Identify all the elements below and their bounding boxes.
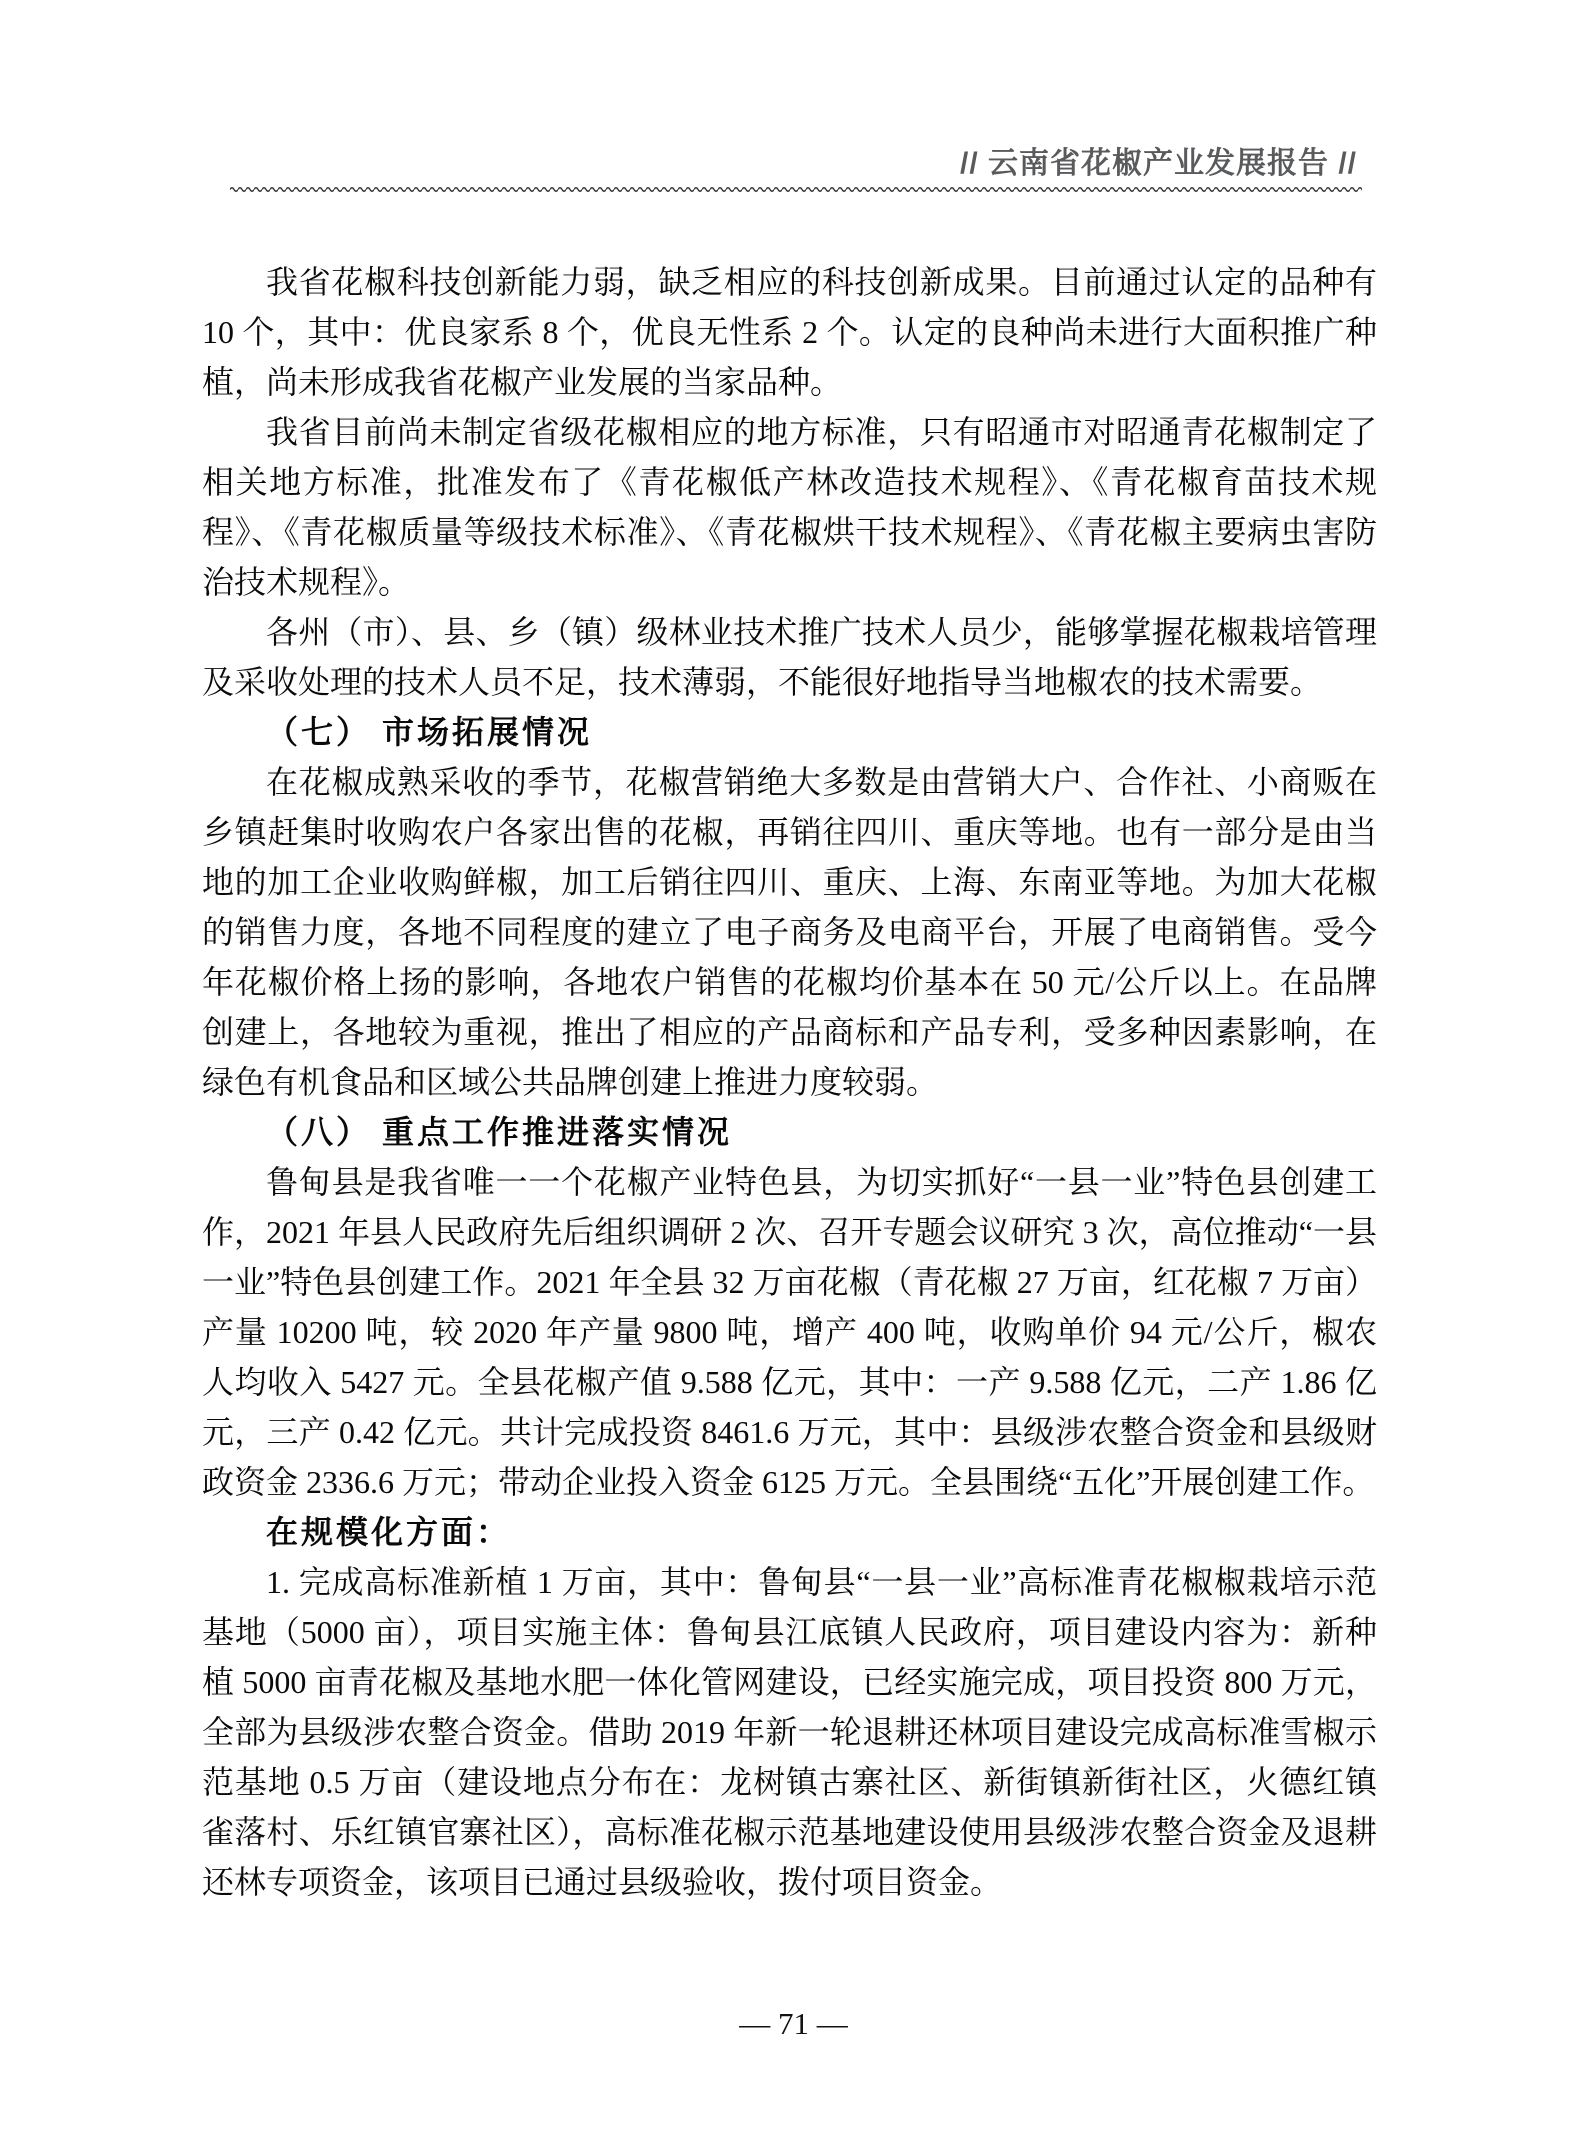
page-footer: — 71 — xyxy=(0,2006,1587,2042)
paragraph-science-innovation: 我省花椒科技创新能力弱，缺乏相应的科技创新成果。目前通过认定的品种有 10 个，… xyxy=(202,257,1377,407)
page-number: — 71 — xyxy=(739,2006,848,2041)
section-heading-key-work-implementation: （八） 重点工作推进落实情况 xyxy=(202,1107,1377,1157)
paragraph-market-sales: 在花椒成熟采收的季节，花椒营销绝大多数是由营销大户、合作社、小商贩在乡镇赶集时收… xyxy=(202,757,1377,1107)
section-heading-market-expansion: （七） 市场拓展情况 xyxy=(202,707,1377,757)
header-divider-wavy-line xyxy=(230,185,1362,193)
document-body: 我省花椒科技创新能力弱，缺乏相应的科技创新成果。目前通过认定的品种有 10 个，… xyxy=(202,257,1377,1907)
paragraph-local-standards: 我省目前尚未制定省级花椒相应的地方标准，只有昭通市对昭通青花椒制定了相关地方标准… xyxy=(202,407,1377,607)
paragraph-high-standard-planting: 1. 完成高标准新植 1 万亩，其中：鲁甸县“一县一业”高标准青花椒椒栽培示范基… xyxy=(202,1557,1377,1907)
section-heading-scale-aspect: 在规模化方面： xyxy=(202,1507,1377,1557)
wave-fill-rect xyxy=(230,185,1362,193)
running-header-title: // 云南省花椒产业发展报告 // xyxy=(960,138,1357,182)
paragraph-technical-staff: 各州（市）、县、乡（镇）级林业技术推广技术人员少，能够掌握花椒栽培管理及采收处理… xyxy=(202,607,1377,707)
report-page: // 云南省花椒产业发展报告 // 我省花椒科技创新能力弱，缺乏相应的科技创新成… xyxy=(0,0,1587,2154)
paragraph-ludian-county: 鲁甸县是我省唯一一个花椒产业特色县，为切实抓好“一县一业”特色县创建工作，202… xyxy=(202,1157,1377,1507)
